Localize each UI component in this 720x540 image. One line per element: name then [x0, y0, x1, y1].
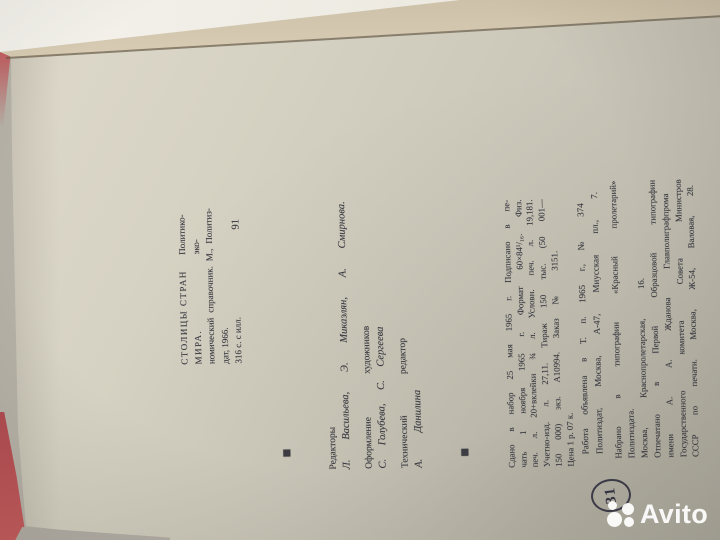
catalog-line: СТОЛИЦЫ СТРАН МИРА. Политико-эко-: [175, 208, 205, 365]
catalog-line: 316 с. с илл.: [229, 207, 246, 363]
catalog-card-block: СТОЛИЦЫ СТРАН МИРА. Политико-эко- номиче…: [175, 207, 246, 364]
book-title: СТОЛИЦЫ СТРАН МИРА.: [176, 254, 205, 364]
announcement-block: Работа объявлена в Т. п. 1965 г., № 374 …: [574, 192, 606, 455]
credits-names: А. Данилина: [411, 390, 426, 468]
catalog-line-continuation: Политико-эко-: [175, 208, 203, 255]
classification-code: 91: [230, 205, 244, 229]
credits-block: Редакторы Л. Васильева, Э. Микаэлян, А. …: [322, 200, 426, 470]
avito-watermark: Avito: [607, 497, 708, 531]
credits-role: Технический редактор: [397, 338, 413, 468]
credits-names: С. Голубева, С. Сергеева: [374, 326, 390, 468]
imprint-block: Сдано в набор 25 мая 1965 г. Подписано в…: [501, 199, 577, 468]
printer-mark-square: [283, 449, 290, 456]
avito-logo-icon: [607, 500, 635, 528]
printer-block: Набрано в типографии «Красный пролетарий…: [607, 179, 703, 459]
printer-mark-square: [461, 449, 468, 456]
photo-of-book-colophon: СТОЛИЦЫ СТРАН МИРА. Политико-эко- номиче…: [0, 0, 720, 540]
avito-watermark-text: Avito: [640, 499, 708, 530]
printed-content: СТОЛИЦЫ СТРАН МИРА. Политико-эко- номиче…: [0, 0, 720, 540]
